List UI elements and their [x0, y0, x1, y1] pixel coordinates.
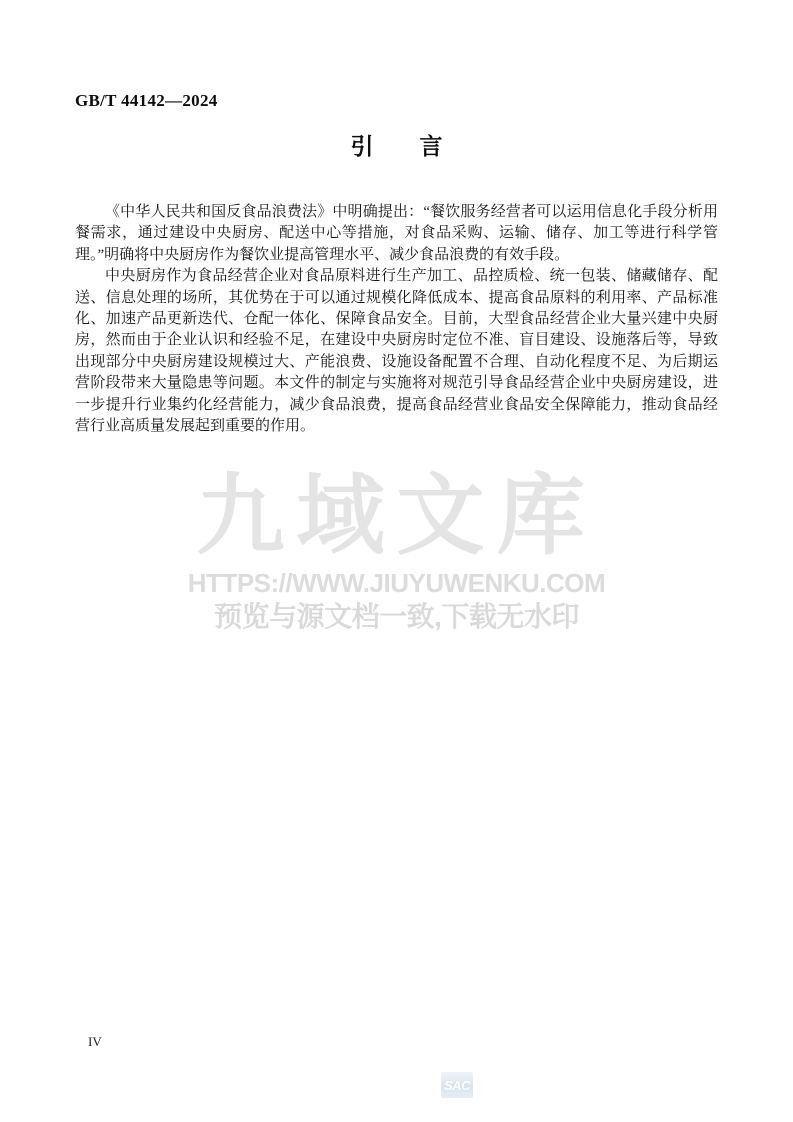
watermark-brand-text: 九域文库: [0, 472, 793, 560]
watermark-tagline-text: 预览与源文档一致,下载无水印: [0, 601, 793, 633]
watermark-url-text: HTTPS://WWW.JIUYUWENKU.COM: [0, 569, 793, 598]
paragraph-2: 中央厨房作为食品经营企业对食品原料进行生产加工、品控质检、统一包装、储藏储存、配…: [75, 266, 718, 437]
body-text: 《中华人民共和国反食品浪费法》中明确提出：“餐饮服务经营者可以运用信息化手段分析…: [75, 202, 718, 437]
sac-logo-text: SAC: [444, 1078, 470, 1093]
paragraph-1: 《中华人民共和国反食品浪费法》中明确提出：“餐饮服务经营者可以运用信息化手段分析…: [75, 202, 718, 266]
page-title: 引 言: [75, 133, 718, 159]
standard-number: GB/T 44142—2024: [75, 91, 218, 111]
page-number: IV: [88, 1034, 102, 1050]
sac-logo: SAC: [441, 1072, 473, 1098]
watermark: 九域文库 HTTPS://WWW.JIUYUWENKU.COM 预览与源文档一致…: [0, 472, 793, 633]
document-page: GB/T 44142—2024 引 言 《中华人民共和国反食品浪费法》中明确提出…: [0, 0, 793, 1122]
